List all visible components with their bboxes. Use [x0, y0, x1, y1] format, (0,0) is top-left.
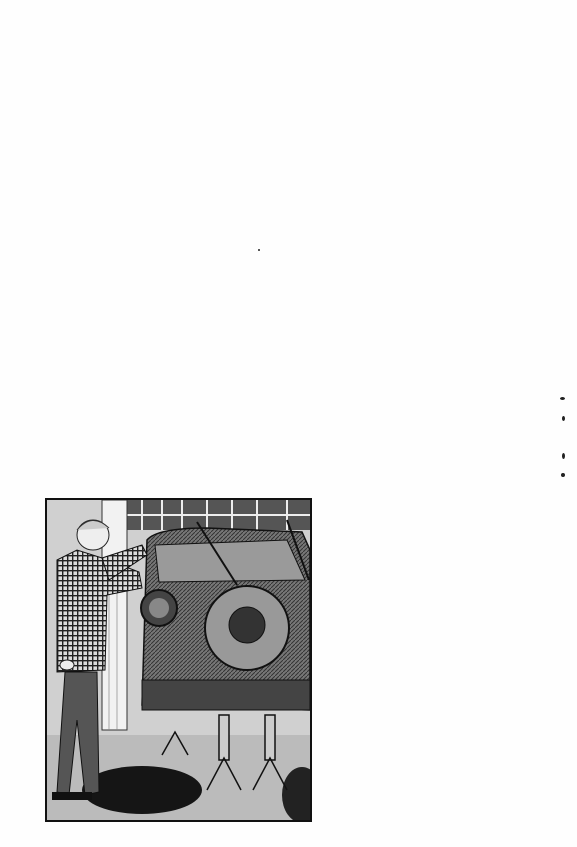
comic-panel [45, 498, 312, 822]
ink-speck [562, 453, 565, 459]
panel-illustration [47, 500, 310, 820]
manga-page [0, 0, 577, 847]
ink-speck [258, 249, 260, 251]
ink-speck [560, 397, 565, 400]
ink-speck [562, 416, 565, 421]
ink-speck [561, 473, 565, 477]
